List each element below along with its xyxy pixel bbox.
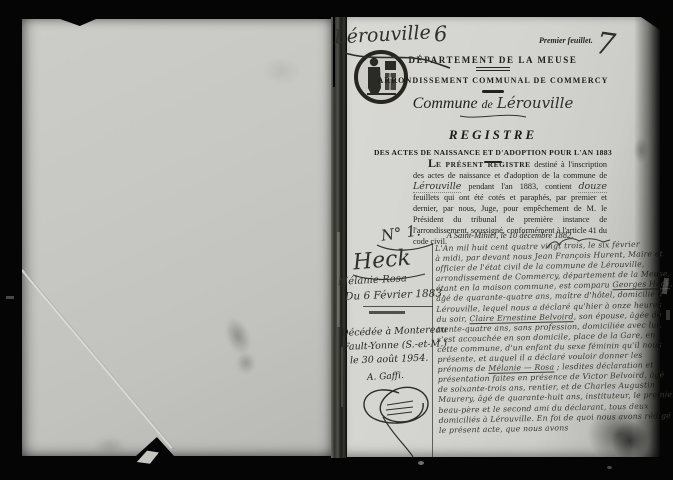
printed-header: DÉPARTEMENT DE LA MEUSE ARRONDISSEMENT C… [347, 55, 639, 163]
stain-bottom-right-dark [605, 415, 655, 467]
edge-fiber-2 [666, 310, 670, 320]
edge-fiber [662, 278, 669, 295]
stain-right-edge [631, 133, 651, 167]
dust-speck-2 [418, 461, 424, 465]
dust-speck-3 [607, 466, 612, 469]
margin-rule-thick [369, 311, 405, 314]
act-text: le présent acte, que nous avons [439, 423, 569, 435]
commune-flourish [458, 112, 528, 120]
margin-act-date: Du 6 Février 1883. [345, 287, 446, 302]
double-rule [476, 67, 510, 71]
dust-speck [6, 296, 14, 299]
underlined-name: Mélanie — Rosa [488, 363, 554, 373]
book-binding [331, 17, 347, 458]
register-title-page: DÉPARTEMENT DE LA MEUSE ARRONDISSEMENT C… [347, 17, 660, 457]
register-subtitle: DES ACTES DE NAISSANCE ET D'ADOPTION POU… [347, 148, 639, 157]
commune-de: de [482, 97, 493, 111]
binding-highlight-2 [341, 347, 343, 407]
collection-number-handwritten: 6 [433, 22, 448, 47]
first-folio-label: Premier feuillet. [539, 36, 593, 45]
scanned-register-spread: DÉPARTEMENT DE LA MEUSE ARRONDISSEMENT C… [0, 0, 673, 480]
act-text: , son épouse, âgée de [573, 310, 661, 321]
act-text: prénoms de [438, 364, 489, 374]
register-title: REGISTRE [347, 127, 639, 143]
collection-note-flourish [340, 46, 452, 70]
commune-line: Commune de Lérouville [347, 94, 639, 113]
commune-label: Commune [413, 95, 478, 112]
margin-given-names: Mélanie-Rosa [338, 273, 407, 288]
blank-left-page [22, 19, 331, 456]
printed-text: pendant l'an 1883, contient [461, 182, 578, 191]
printed-text: e présent registre [436, 160, 531, 169]
handwritten-insert: Lérouville [413, 181, 461, 193]
paper-stain [88, 433, 132, 459]
printed-text: L [428, 156, 436, 170]
handwritten-insert: douze [578, 181, 607, 193]
ink-smudge-2 [232, 347, 260, 379]
commune-name-handwritten: Lérouville [497, 94, 573, 112]
act-text: , [670, 279, 673, 288]
act-text: ; lesdites déclaration et [554, 361, 654, 372]
ornament-rule [482, 90, 504, 93]
underlined-name: Georges Heck [612, 279, 670, 289]
paper-stain-2 [256, 53, 306, 89]
margin-rule-thin [363, 306, 433, 307]
act-text: du soir, [436, 314, 469, 324]
corner-tear [641, 17, 660, 30]
arrondissement-title: ARRONDISSEMENT COMMUNAL DE COMMERCY [347, 76, 639, 85]
margin-divider-line [432, 243, 433, 457]
margin-surname: Heck [352, 246, 412, 276]
